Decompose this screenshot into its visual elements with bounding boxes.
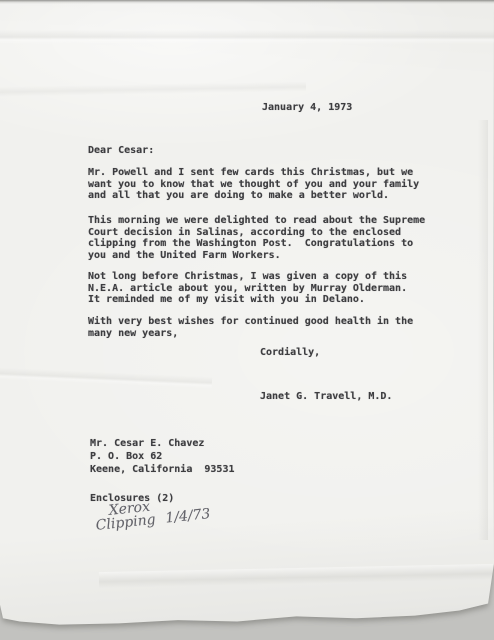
- recipient-address: Mr. Cesar E. Chavez P. O. Box 62 Keene, …: [90, 437, 235, 476]
- letter-closing: Cordially,: [260, 347, 320, 359]
- body-paragraph-3: Not long before Christmas, I was given a…: [88, 271, 407, 306]
- scanned-letter-page: { "document_type": "typewritten letter s…: [0, 0, 494, 640]
- letter-date: January 4, 1973: [262, 102, 352, 114]
- handwritten-date: 1/4/73: [165, 506, 211, 527]
- paper-sheet: January 4, 1973 Dear Cesar: Mr. Powell a…: [0, 0, 494, 640]
- paper-crease: [0, 81, 306, 96]
- paper-crease: [478, 120, 488, 540]
- signature-name: Janet G. Travell, M.D.: [260, 391, 392, 403]
- paper-crease: [0, 367, 212, 389]
- paper-sheet-wrapper: January 4, 1973 Dear Cesar: Mr. Powell a…: [0, 0, 494, 640]
- paper-crease: [99, 564, 494, 588]
- handwritten-word-clipping: Clipping: [95, 512, 156, 534]
- body-paragraph-4: With very best wishes for continued good…: [88, 316, 413, 339]
- letter-salutation: Dear Cesar:: [88, 145, 154, 157]
- body-paragraph-1: Mr. Powell and I sent few cards this Chr…: [88, 167, 419, 202]
- body-paragraph-2: This morning we were delighted to read a…: [88, 215, 425, 262]
- paper-crease: [0, 30, 494, 44]
